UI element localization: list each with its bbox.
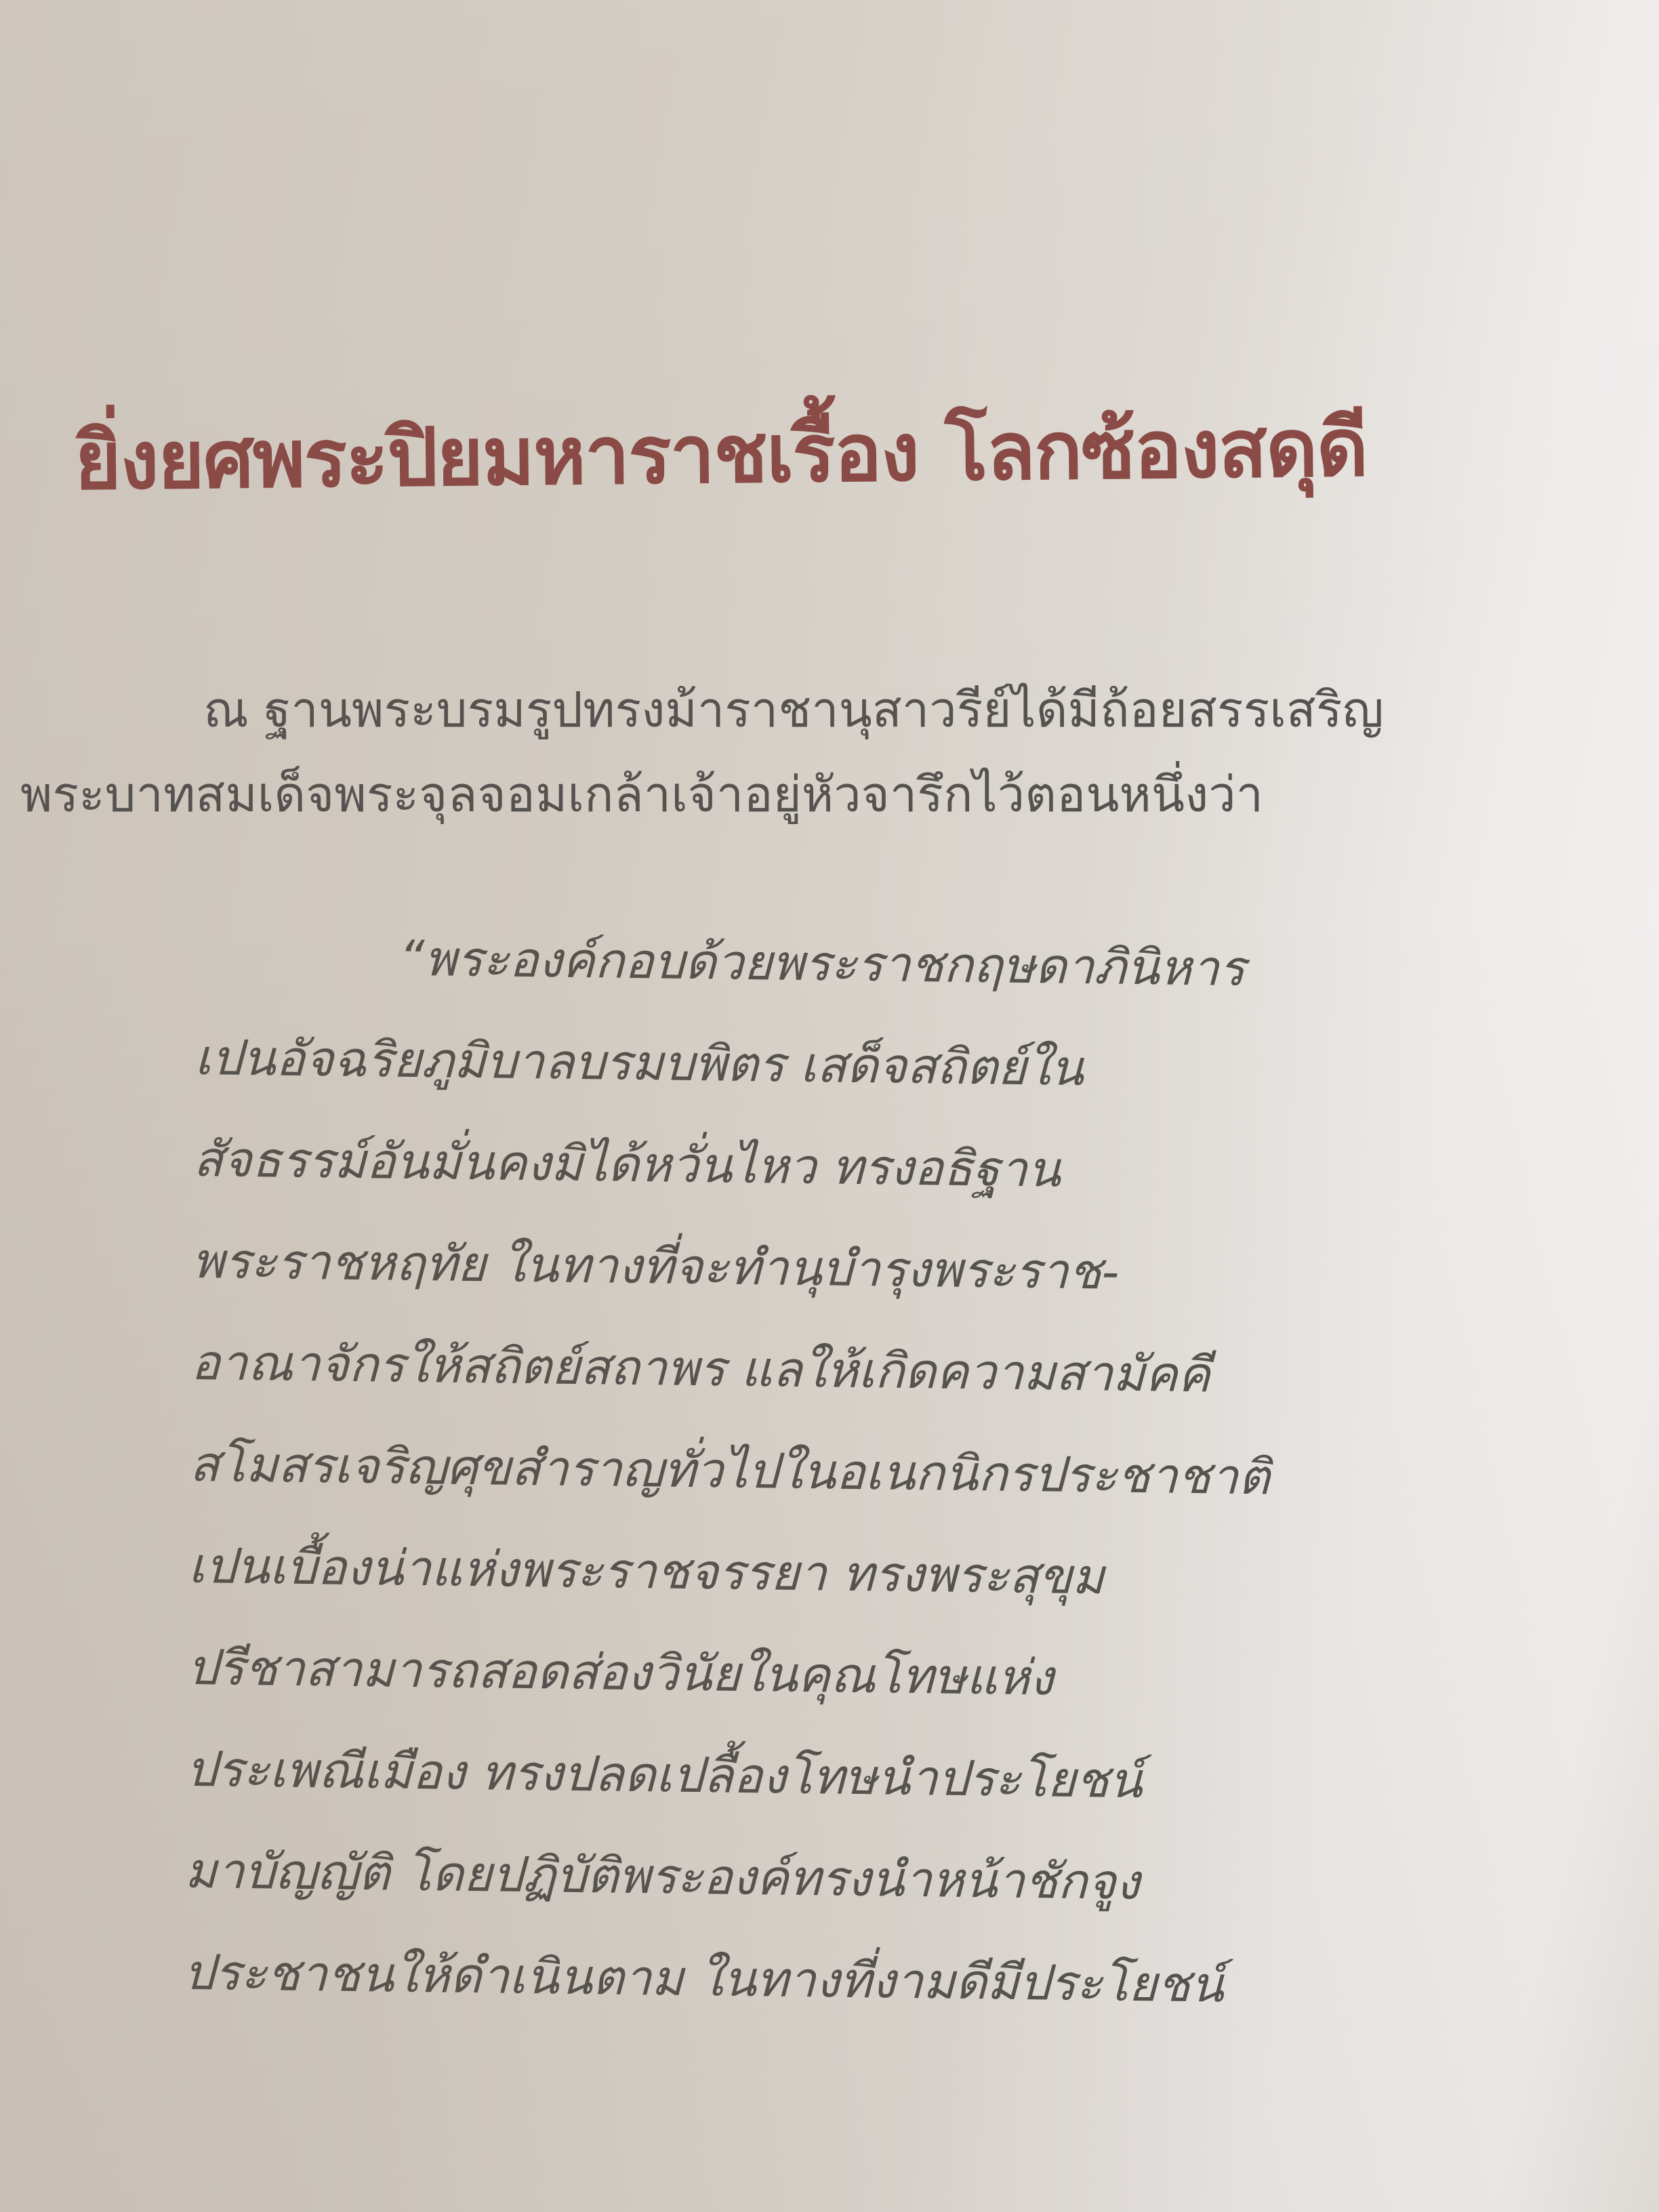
quote-line: มาบัญญัติ โดยปฏิบัติพระองค์ทรงนำหน้าชักจ… [184, 1820, 1378, 1935]
intro-line: พระบาทสมเด็จพระจุลจอมเกล้าเจ้าอยู่หัวจาร… [20, 752, 1633, 837]
quote-line: สัจธรรม์อันมั่นคงมิได้หวั่นไหว ทรงอธิฐาน [193, 1108, 1387, 1224]
quote-line: เปนเบื้องน่าแห่งพระราชจรรยา ทรงพระสุขุม [188, 1515, 1382, 1631]
quote-line: “พระองค์กอบด้วยพระราชกฤษดาภินิหาร [195, 905, 1389, 1021]
quote-line: พระราชหฤทัย ในทางที่จะทำนุบำรุงพระราช- [192, 1210, 1386, 1326]
quote-line: สโมสรเจริญศุขสำราญทั่วไปในอเนกนิกรประชาช… [189, 1413, 1383, 1529]
quote-line: ประชาชนให้ดำเนินตาม ในทางที่งามดีมีประโย… [183, 1921, 1377, 2037]
page-title: ยิ่งยศพระปิยมหาราชเรื้อง โลกซ้องสดุดี [74, 398, 1565, 510]
quote-line: ประเพณีเมือง ทรงปลดเปลื้องโทษนำประโยชน์ [186, 1718, 1380, 1834]
intro-paragraph: ณ ฐานพระบรมรูปทรงม้าราชานุสาวรีย์ได้มีถ้… [20, 668, 1633, 837]
quote-line: ปรีชาสามารถสอดส่องวินัยในคุณโทษแห่ง [186, 1616, 1380, 1732]
quote-line: เปนอัจฉริยภูมิบาลบรมบพิตร เสด็จสถิตย์ใน [194, 1006, 1388, 1122]
intro-line: ณ ฐานพระบรมรูปทรงม้าราชานุสาวรีย์ได้มีถ้… [20, 668, 1633, 752]
book-page: ยิ่งยศพระปิยมหาราชเรื้อง โลกซ้องสดุดี ณ … [0, 0, 1659, 2212]
inscription-quote: “พระองค์กอบด้วยพระราชกฤษดาภินิหาร เปนอัจ… [183, 905, 1389, 2037]
quote-line: อาณาจักรให้สถิตย์สถาพร แลให้เกิดความสามั… [190, 1311, 1385, 1427]
